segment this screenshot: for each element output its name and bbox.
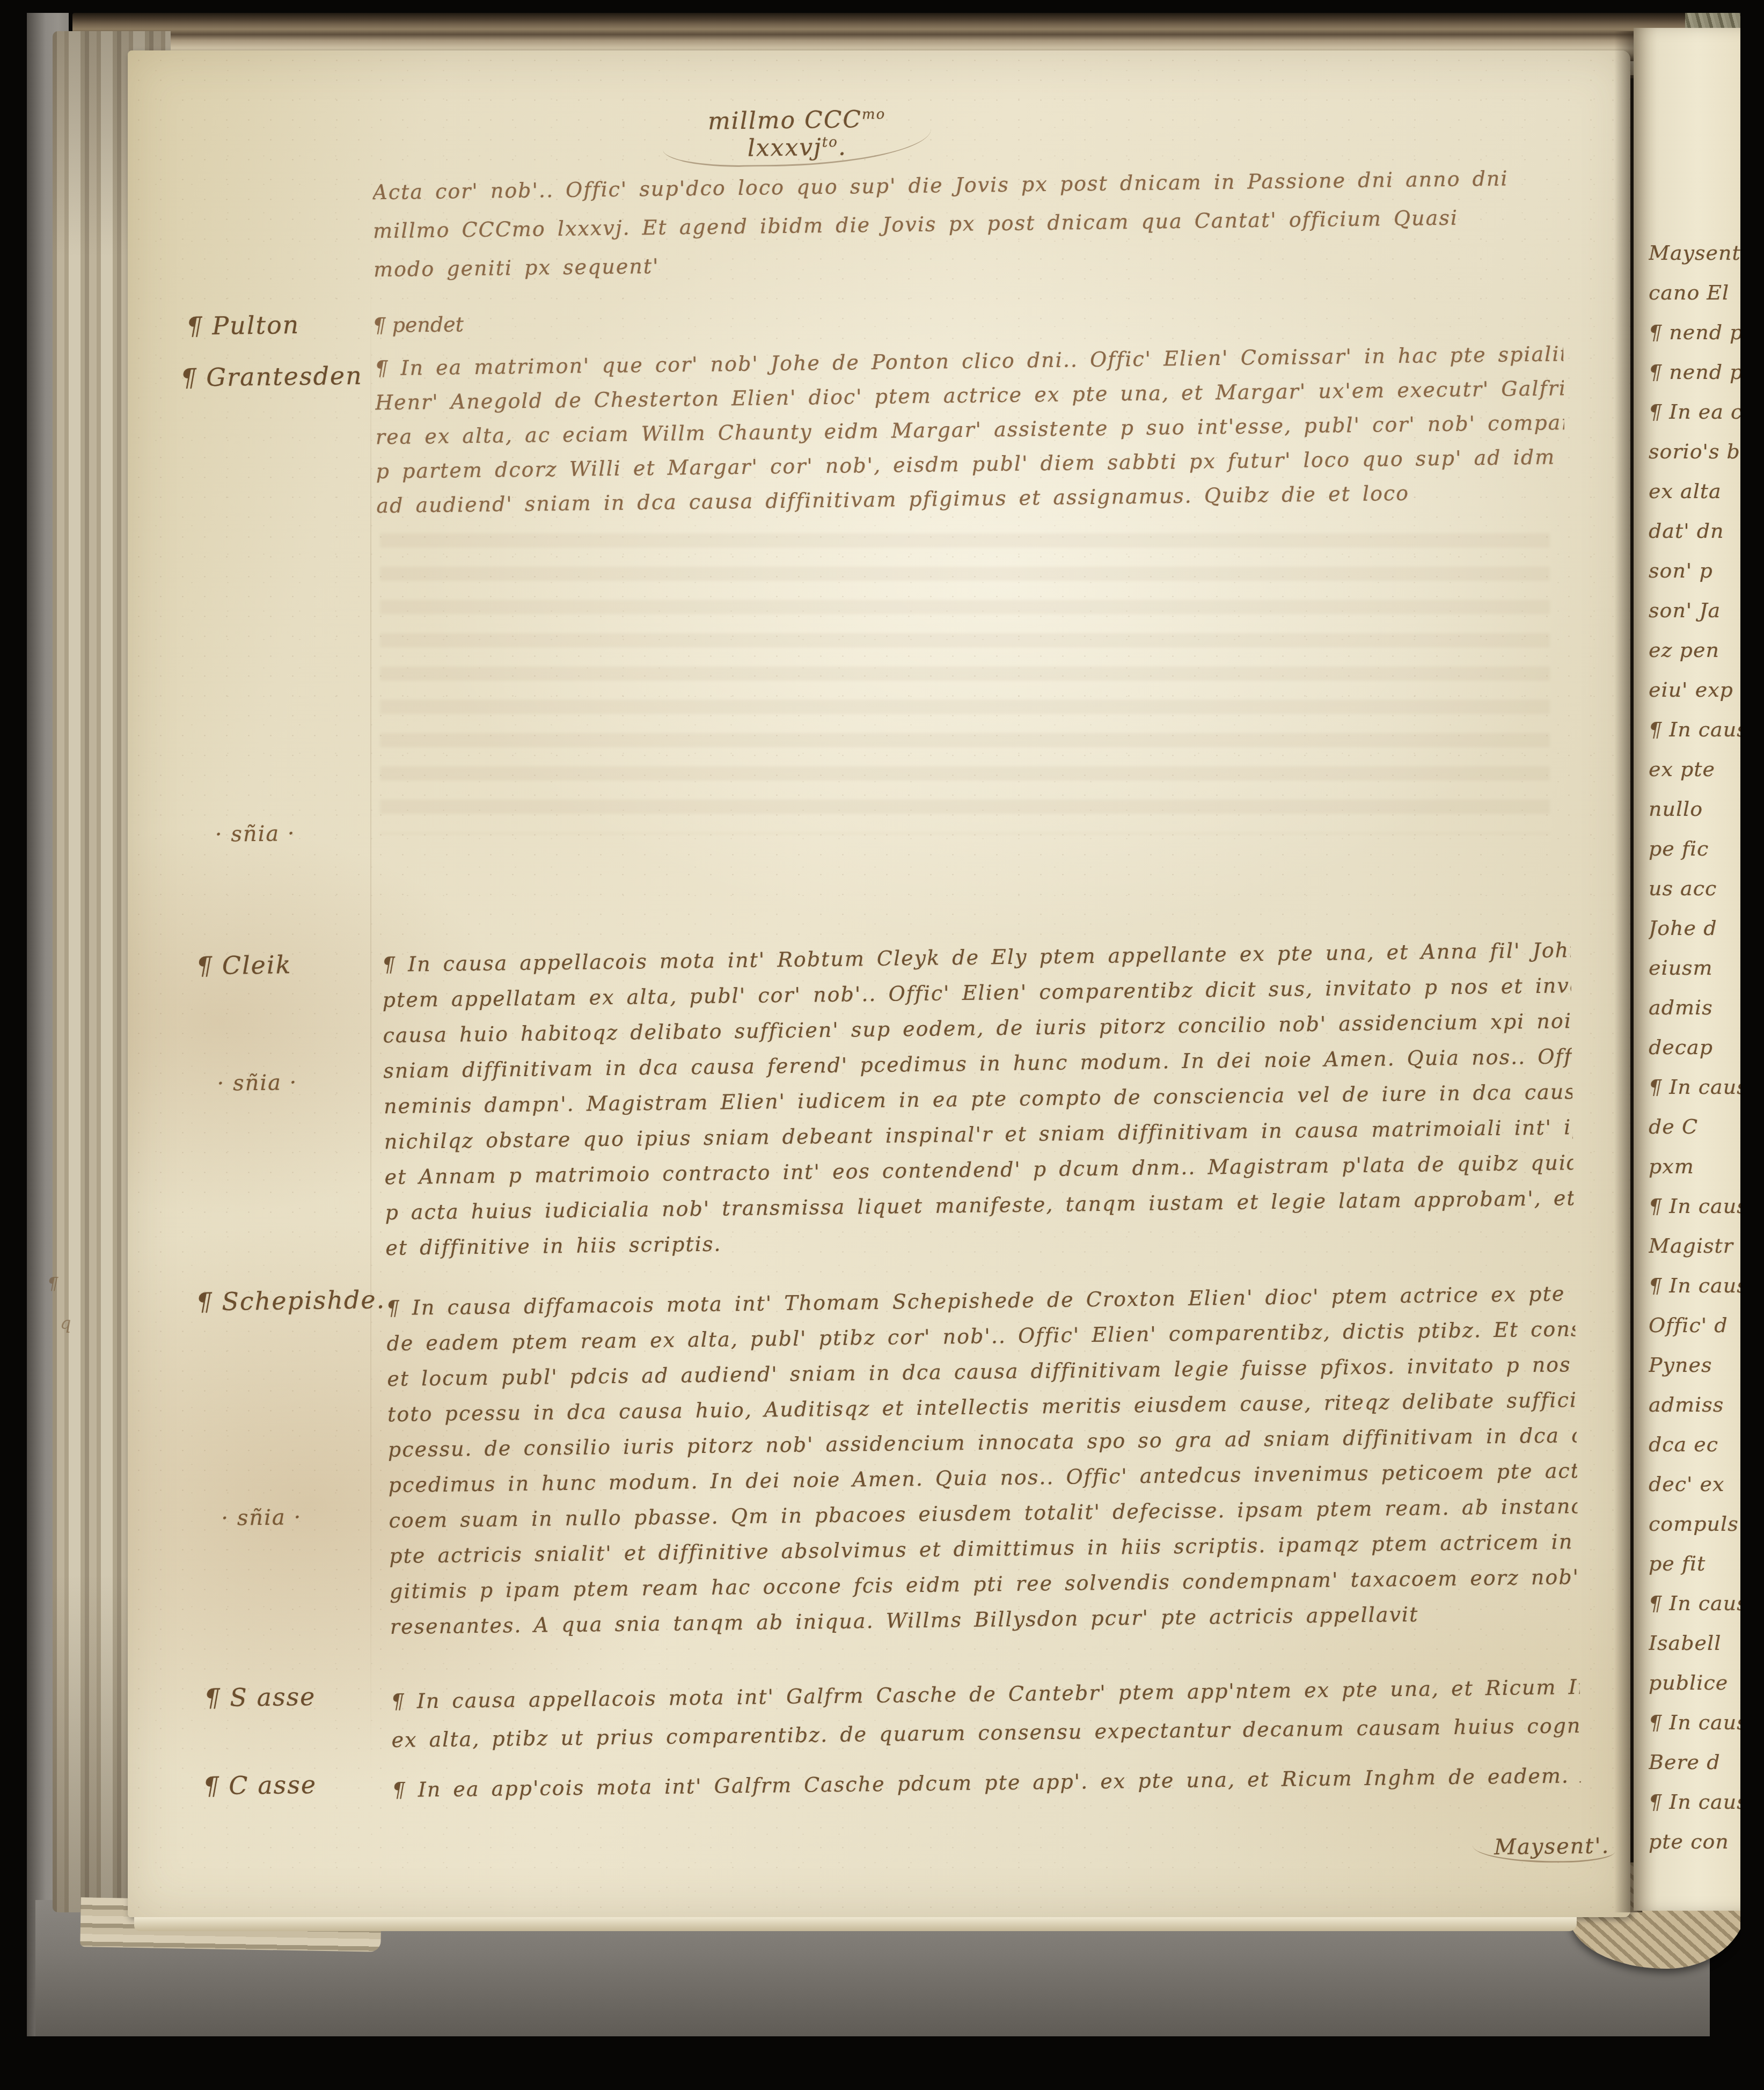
running-header-superscript: to (822, 134, 838, 150)
manuscript-photo: ¶ q millmo CCCmo lxxxvjto. Acta cor' nob… (0, 0, 1764, 2090)
margin-note-grantesden: ¶ Grantesden (180, 361, 363, 392)
photo-frame-right (1740, 0, 1764, 2090)
facing-page-line-fragment: Offic' d (1649, 1305, 1744, 1345)
entry-s-asse: ¶ In causa appellacois mota int' Galfrm … (391, 1668, 1580, 1759)
facing-page-line-fragment: eiusm (1649, 948, 1744, 988)
facing-page-line-fragment: dec' ex (1649, 1464, 1744, 1504)
manuscript-line: ¶ In ea app'cois mota int' Galfrm Casche… (392, 1758, 1581, 1808)
facing-page-line-fragment: Magistr (1649, 1226, 1744, 1266)
pendet-note: ¶ pendet (372, 312, 464, 337)
facing-page-line-fragment: nullo (1649, 789, 1744, 829)
facing-page-text-column: Maysent'cano El¶ nend p¶ nend p'¶ In ea … (1649, 233, 1744, 1878)
running-header-superscript: mo (862, 106, 886, 123)
facing-page-line-fragment: cano El (1649, 273, 1744, 312)
facing-page-line-fragment: us acc (1649, 868, 1744, 908)
facing-page-line-fragment: ¶ nend p' (1649, 352, 1744, 392)
facing-page-line-fragment: decap (1649, 1027, 1744, 1067)
facing-page-line-fragment: dat' dn (1649, 511, 1744, 551)
facing-page-line-fragment: ¶ nend p (1649, 312, 1744, 352)
margin-note-cleik: ¶ Cleik (196, 950, 292, 980)
photo-frame-bottom (0, 2036, 1764, 2090)
margin-note-sentencia: · sñia · (217, 1070, 297, 1096)
running-header-year: millmo CCCmo lxxxvjto. (662, 105, 931, 168)
running-header-part: lxxxvj (747, 134, 822, 162)
facing-page-line-fragment: dca ec (1649, 1424, 1744, 1464)
facing-page-line-fragment: ¶ In caus (1649, 1266, 1744, 1305)
facing-page-line-fragment: ¶ In caus (1649, 1067, 1744, 1107)
facing-page-line-fragment: Bere d (1649, 1742, 1744, 1782)
facing-page-line-fragment: ¶ In ea c (1649, 392, 1744, 432)
photo-frame-top (0, 0, 1764, 13)
facing-page-line-fragment: Johe d (1649, 908, 1744, 948)
margin-note-sentencia: · sñia · (221, 1505, 302, 1531)
entry-cleik: ¶ In causa appellacois mota int' Robtum … (382, 932, 1574, 1266)
running-header-part: . (838, 133, 847, 160)
manuscript-left-page: millmo CCCmo lxxxvjto. Acta cor' nob'.. … (128, 50, 1630, 1917)
facing-page-line-fragment: ex alta (1649, 471, 1744, 511)
facing-page-line-fragment: son' Ja (1649, 590, 1744, 630)
facing-page-line-fragment: Isabell (1649, 1623, 1744, 1663)
page-text-layer: millmo CCCmo lxxxvjto. Acta cor' nob'.. … (125, 41, 1650, 1926)
entry-grantesden: ¶ In ea matrimon' que cor' nob' Johe de … (375, 337, 1565, 523)
facing-page-line-fragment: sorio's b (1649, 432, 1744, 471)
facing-page-line-fragment: pe fic (1649, 829, 1744, 868)
facing-page-line-fragment: ¶ In caus (1649, 710, 1744, 749)
facing-page-line-fragment: compuls (1649, 1504, 1744, 1544)
facing-page-line-fragment: admis (1649, 988, 1744, 1027)
entry-schepishede: ¶ In causa diffamacois mota int' Thomam … (386, 1276, 1579, 1645)
entry-c-asse: ¶ In ea app'cois mota int' Galfrm Casche… (392, 1758, 1581, 1808)
opening-paragraph: Acta cor' nob'.. Offic' sup'dco loco quo… (372, 158, 1562, 289)
facing-page-line-fragment: ex pte (1649, 749, 1744, 789)
facing-page-line-fragment: ez pen (1649, 630, 1744, 670)
margin-note-s-asse: ¶ S asse (204, 1682, 316, 1713)
facing-page-line-fragment: Pynes (1649, 1345, 1744, 1385)
facing-page-line-fragment: ¶ In caus (1649, 1186, 1744, 1226)
facing-page-line-fragment: eiu' exp (1649, 670, 1744, 710)
edge-ink-mark: ¶ (47, 1273, 58, 1294)
facing-page-line-fragment: ¶ In caus (1649, 1702, 1744, 1742)
margin-note-c-asse: ¶ C asse (203, 1770, 317, 1801)
margin-note-pulton: ¶ Pulton (186, 310, 300, 341)
facing-page-line-fragment: Maysent' (1649, 233, 1744, 273)
facing-page-line-fragment: pe fit (1649, 1544, 1744, 1583)
manuscript-right-page: Maysent'cano El¶ nend p¶ nend p'¶ In ea … (1634, 28, 1741, 1911)
running-header-part: millmo CCC (708, 106, 862, 135)
margin-note-schepishede: ¶ Schepishde. (196, 1285, 385, 1316)
facing-page-line-fragment: ¶ In caus (1649, 1782, 1744, 1822)
facing-page-line-fragment: admiss (1649, 1385, 1744, 1424)
facing-page-line-fragment: son' p (1649, 551, 1744, 590)
facing-page-line-fragment: pxm (1649, 1146, 1744, 1186)
photo-frame-left (0, 0, 27, 2090)
registrar-catchword: Maysent'. (1473, 1833, 1615, 1864)
facing-page-line-fragment: ¶ In caus (1649, 1583, 1744, 1623)
facing-page-line-fragment: de C (1649, 1107, 1744, 1146)
facing-page-line-fragment: pte con (1649, 1822, 1744, 1861)
margin-note-sentencia: · sñia · (215, 821, 296, 847)
edge-ink-mark: q (60, 1313, 71, 1333)
facing-page-line-fragment: publice (1649, 1663, 1744, 1702)
